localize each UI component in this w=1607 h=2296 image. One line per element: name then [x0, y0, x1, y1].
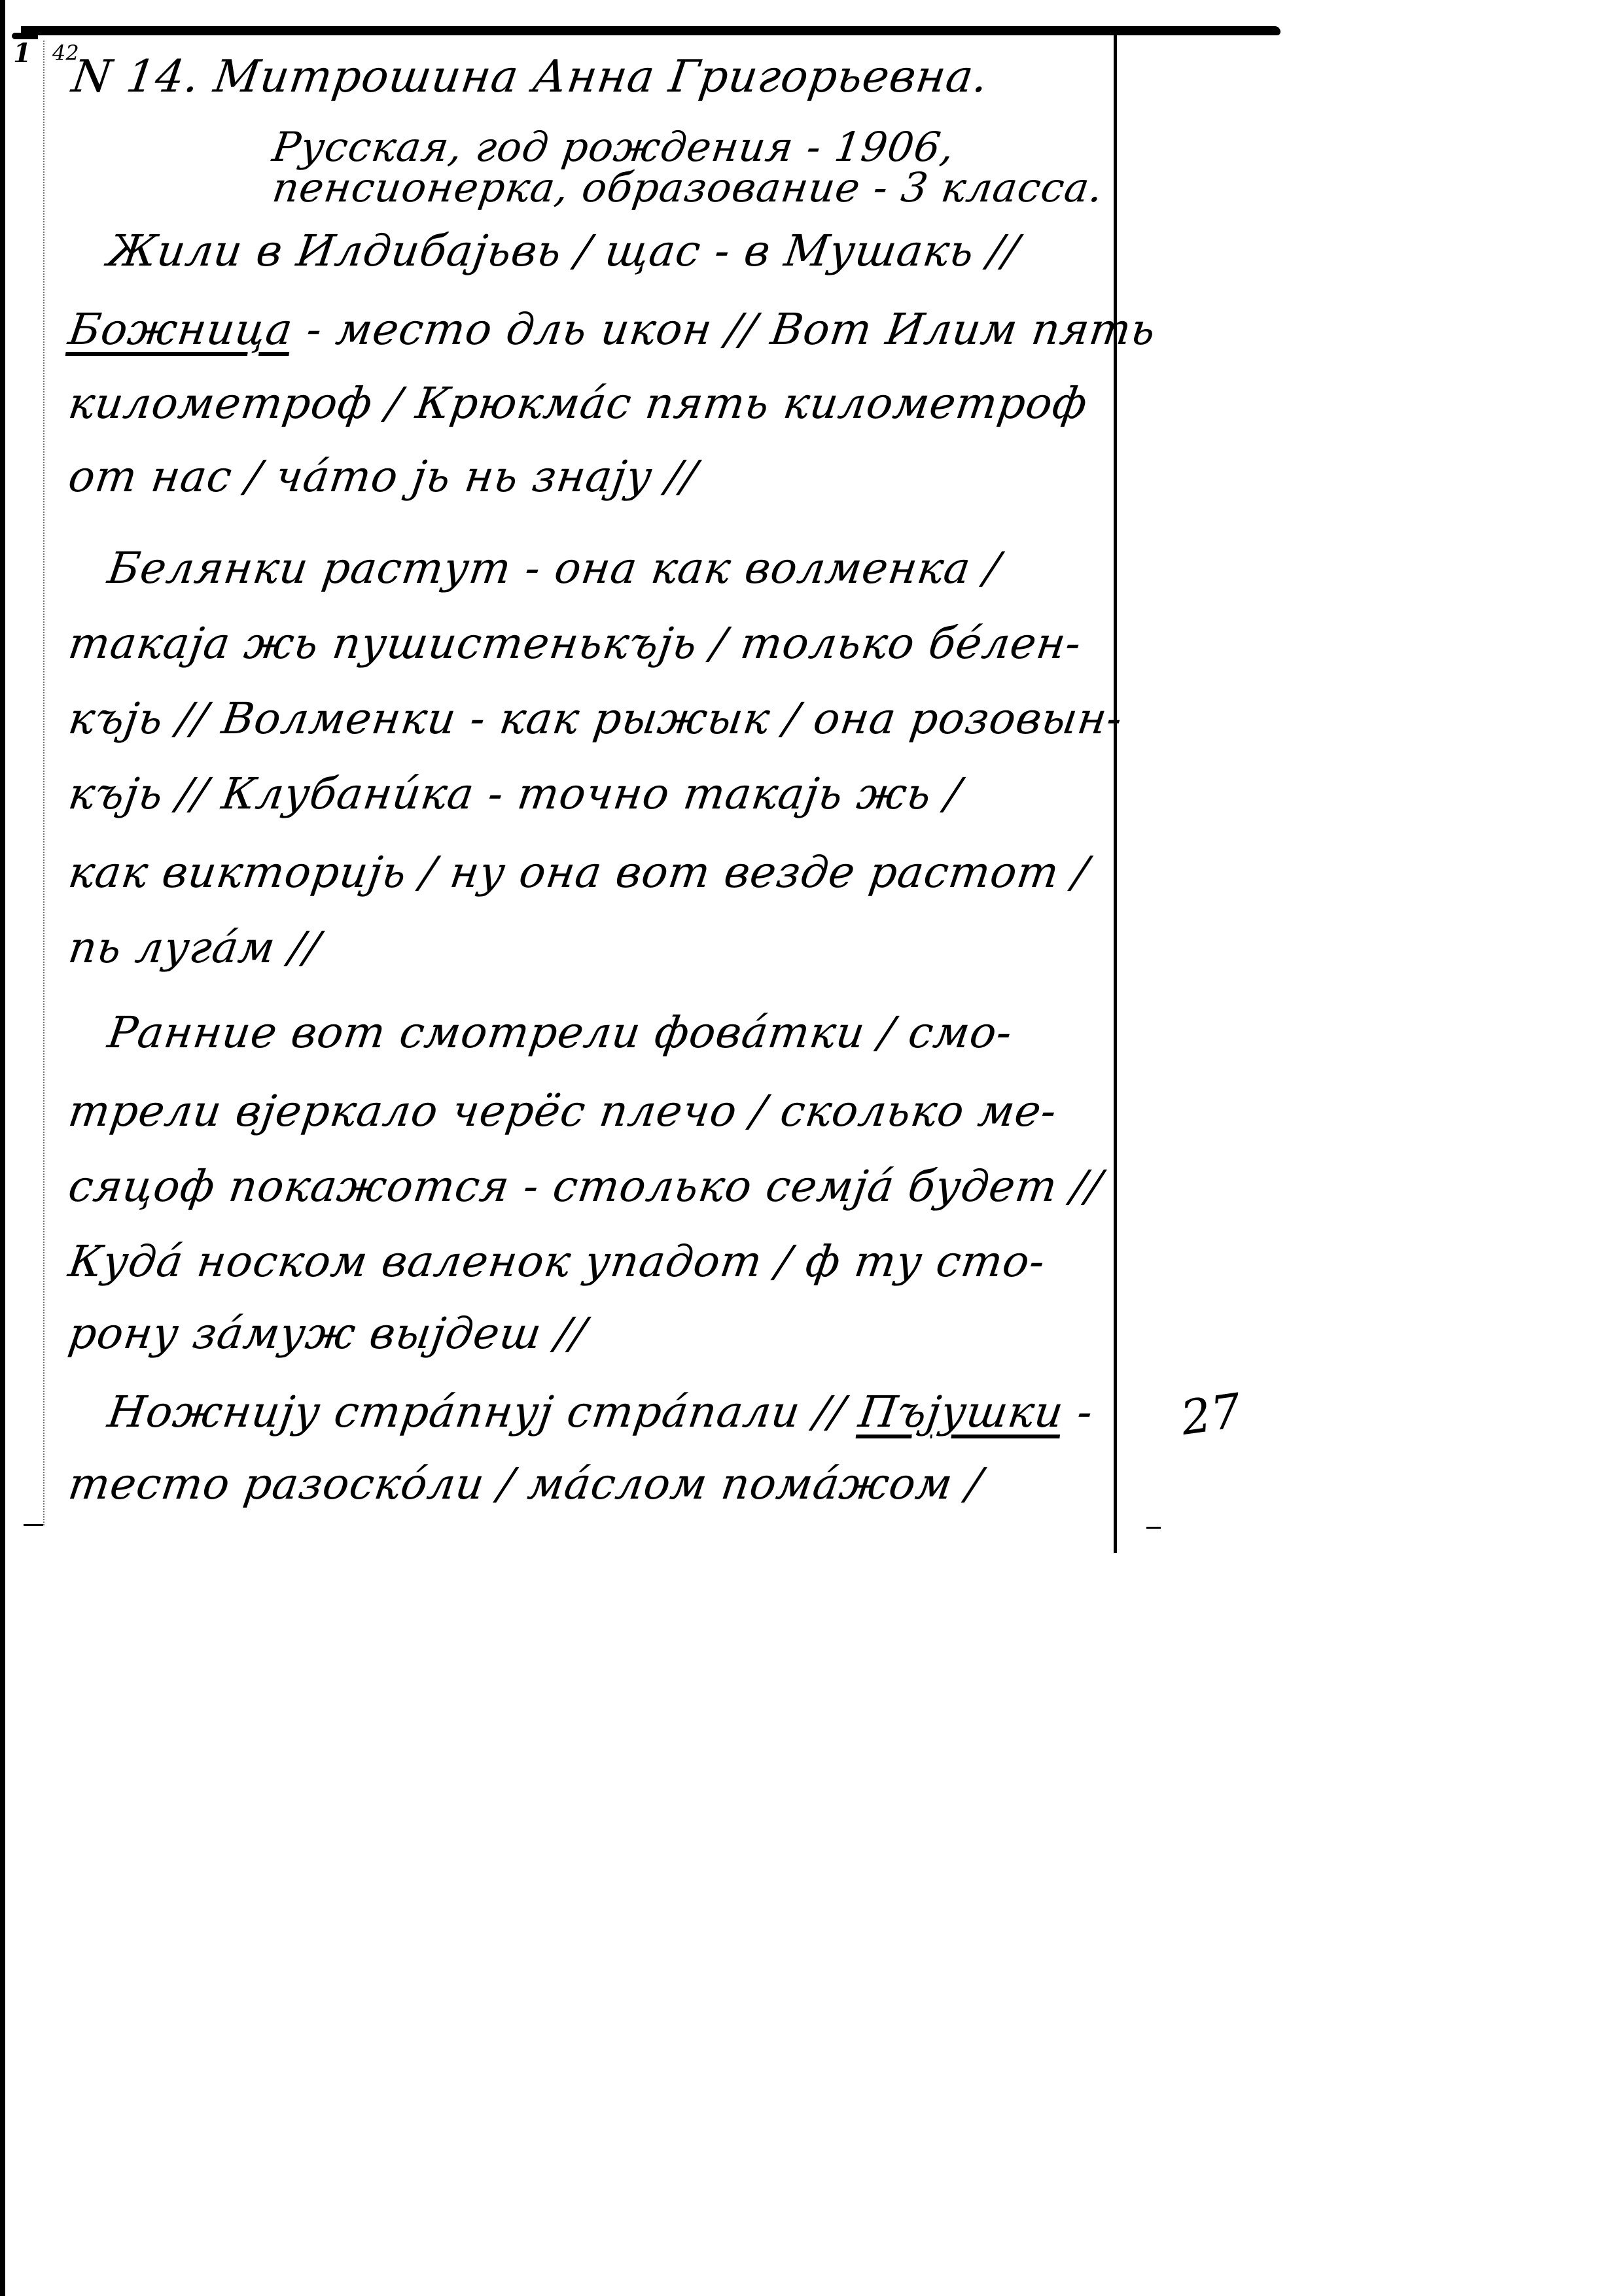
text-segment: Белянки растут - она как волменка /	[105, 543, 1004, 593]
text-segment: пь лугáм //	[65, 922, 323, 973]
text-segment: такаја жь пушистенькъјь / только бéлен-	[65, 618, 1085, 669]
text-line: как викторијь / ну она вот везде растот …	[65, 847, 1092, 897]
informant-info-line-2: пенсионерка, образование - 3 класса.	[270, 164, 1106, 211]
text-line: Кудá носком валенок упадот / ф ту сто-	[65, 1236, 1048, 1287]
text-line: километроф / Крюкмáс пять километроф	[65, 378, 1091, 428]
text-segment: сяцоф покажотся - столько семјá будет //	[65, 1161, 1106, 1211]
text-line: Божница - место дль икон // Вот Илим пят…	[65, 304, 1159, 355]
text-segment: Жили в Илдибајьвь / щас - в Мушакь //	[105, 226, 1022, 276]
text-segment: как викторијь / ну она вот везде растот …	[65, 847, 1092, 897]
text-segment: къјь // Волменки - как рыжык / она розов…	[65, 693, 1125, 744]
text-segment: -	[1060, 1387, 1097, 1437]
top-rule	[21, 26, 1280, 35]
text-segment: тесто разоскóли / мáслом помáжом /	[65, 1459, 985, 1509]
informant-title: N 14. Митрошина Анна Григорьевна.	[69, 51, 992, 103]
margin-page-number: 27	[1178, 1383, 1245, 1446]
bottom-right-tick	[1146, 1527, 1161, 1529]
text-segment: - место дль икон // Вот Илим пять	[289, 304, 1159, 355]
text-line: пь лугáм //	[65, 922, 323, 973]
text-line: сяцоф покажотся - столько семјá будет //	[65, 1161, 1106, 1211]
text-segment: трели вјеркало черёс плечо / сколько ме-	[65, 1086, 1060, 1136]
text-line: трели вјеркало черёс плечо / сколько ме-	[65, 1086, 1060, 1136]
text-segment: километроф / Крюкмáс пять километроф	[65, 378, 1091, 428]
text-segment: Ранние вот смотрели фовáтки / смо-	[105, 1007, 1015, 1058]
text-segment: къјь // Клубанúка - точно такајь жь /	[65, 769, 964, 819]
left-dotted-margin	[43, 41, 44, 1525]
text-segment: от нас / чáто јь нь знају //	[65, 451, 701, 502]
bottom-left-tick	[24, 1524, 43, 1526]
text-line: от нас / чáто јь нь знају //	[65, 451, 701, 502]
text-segment: Ножнију стрáпнуј стрáпали //	[105, 1387, 863, 1437]
underlined-term: Божница	[65, 304, 296, 355]
text-segment: рону зáмуж выјдеш //	[65, 1308, 590, 1359]
text-line: къјь // Волменки - как рыжык / она розов…	[65, 693, 1125, 744]
scanner-edge	[0, 0, 5, 2296]
corner-mark: 1	[13, 41, 31, 67]
text-line: Белянки растут - она как волменка /	[105, 543, 1004, 593]
text-line: Жили в Илдибајьвь / щас - в Мушакь //	[105, 226, 1022, 276]
text-line: такаја жь пушистенькъјь / только бéлен-	[65, 618, 1085, 669]
text-line: рону зáмуж выјдеш //	[65, 1308, 590, 1359]
text-line: тесто разоскóли / мáслом помáжом /	[65, 1459, 985, 1509]
text-line: Ранние вот смотрели фовáтки / смо-	[105, 1007, 1015, 1058]
text-line: Ножнију стрáпнуј стрáпали // Пъјушки -	[105, 1387, 1097, 1437]
right-margin-line	[1114, 35, 1117, 1553]
text-segment: Кудá носком валенок упадот / ф ту сто-	[65, 1236, 1048, 1287]
scanned-page: 1 42 N 14. Митрошина Анна Григорьевна. Р…	[0, 0, 1607, 2296]
underlined-term: Пъјушки	[856, 1387, 1067, 1437]
text-line: къјь // Клубанúка - точно такајь жь /	[65, 769, 964, 819]
